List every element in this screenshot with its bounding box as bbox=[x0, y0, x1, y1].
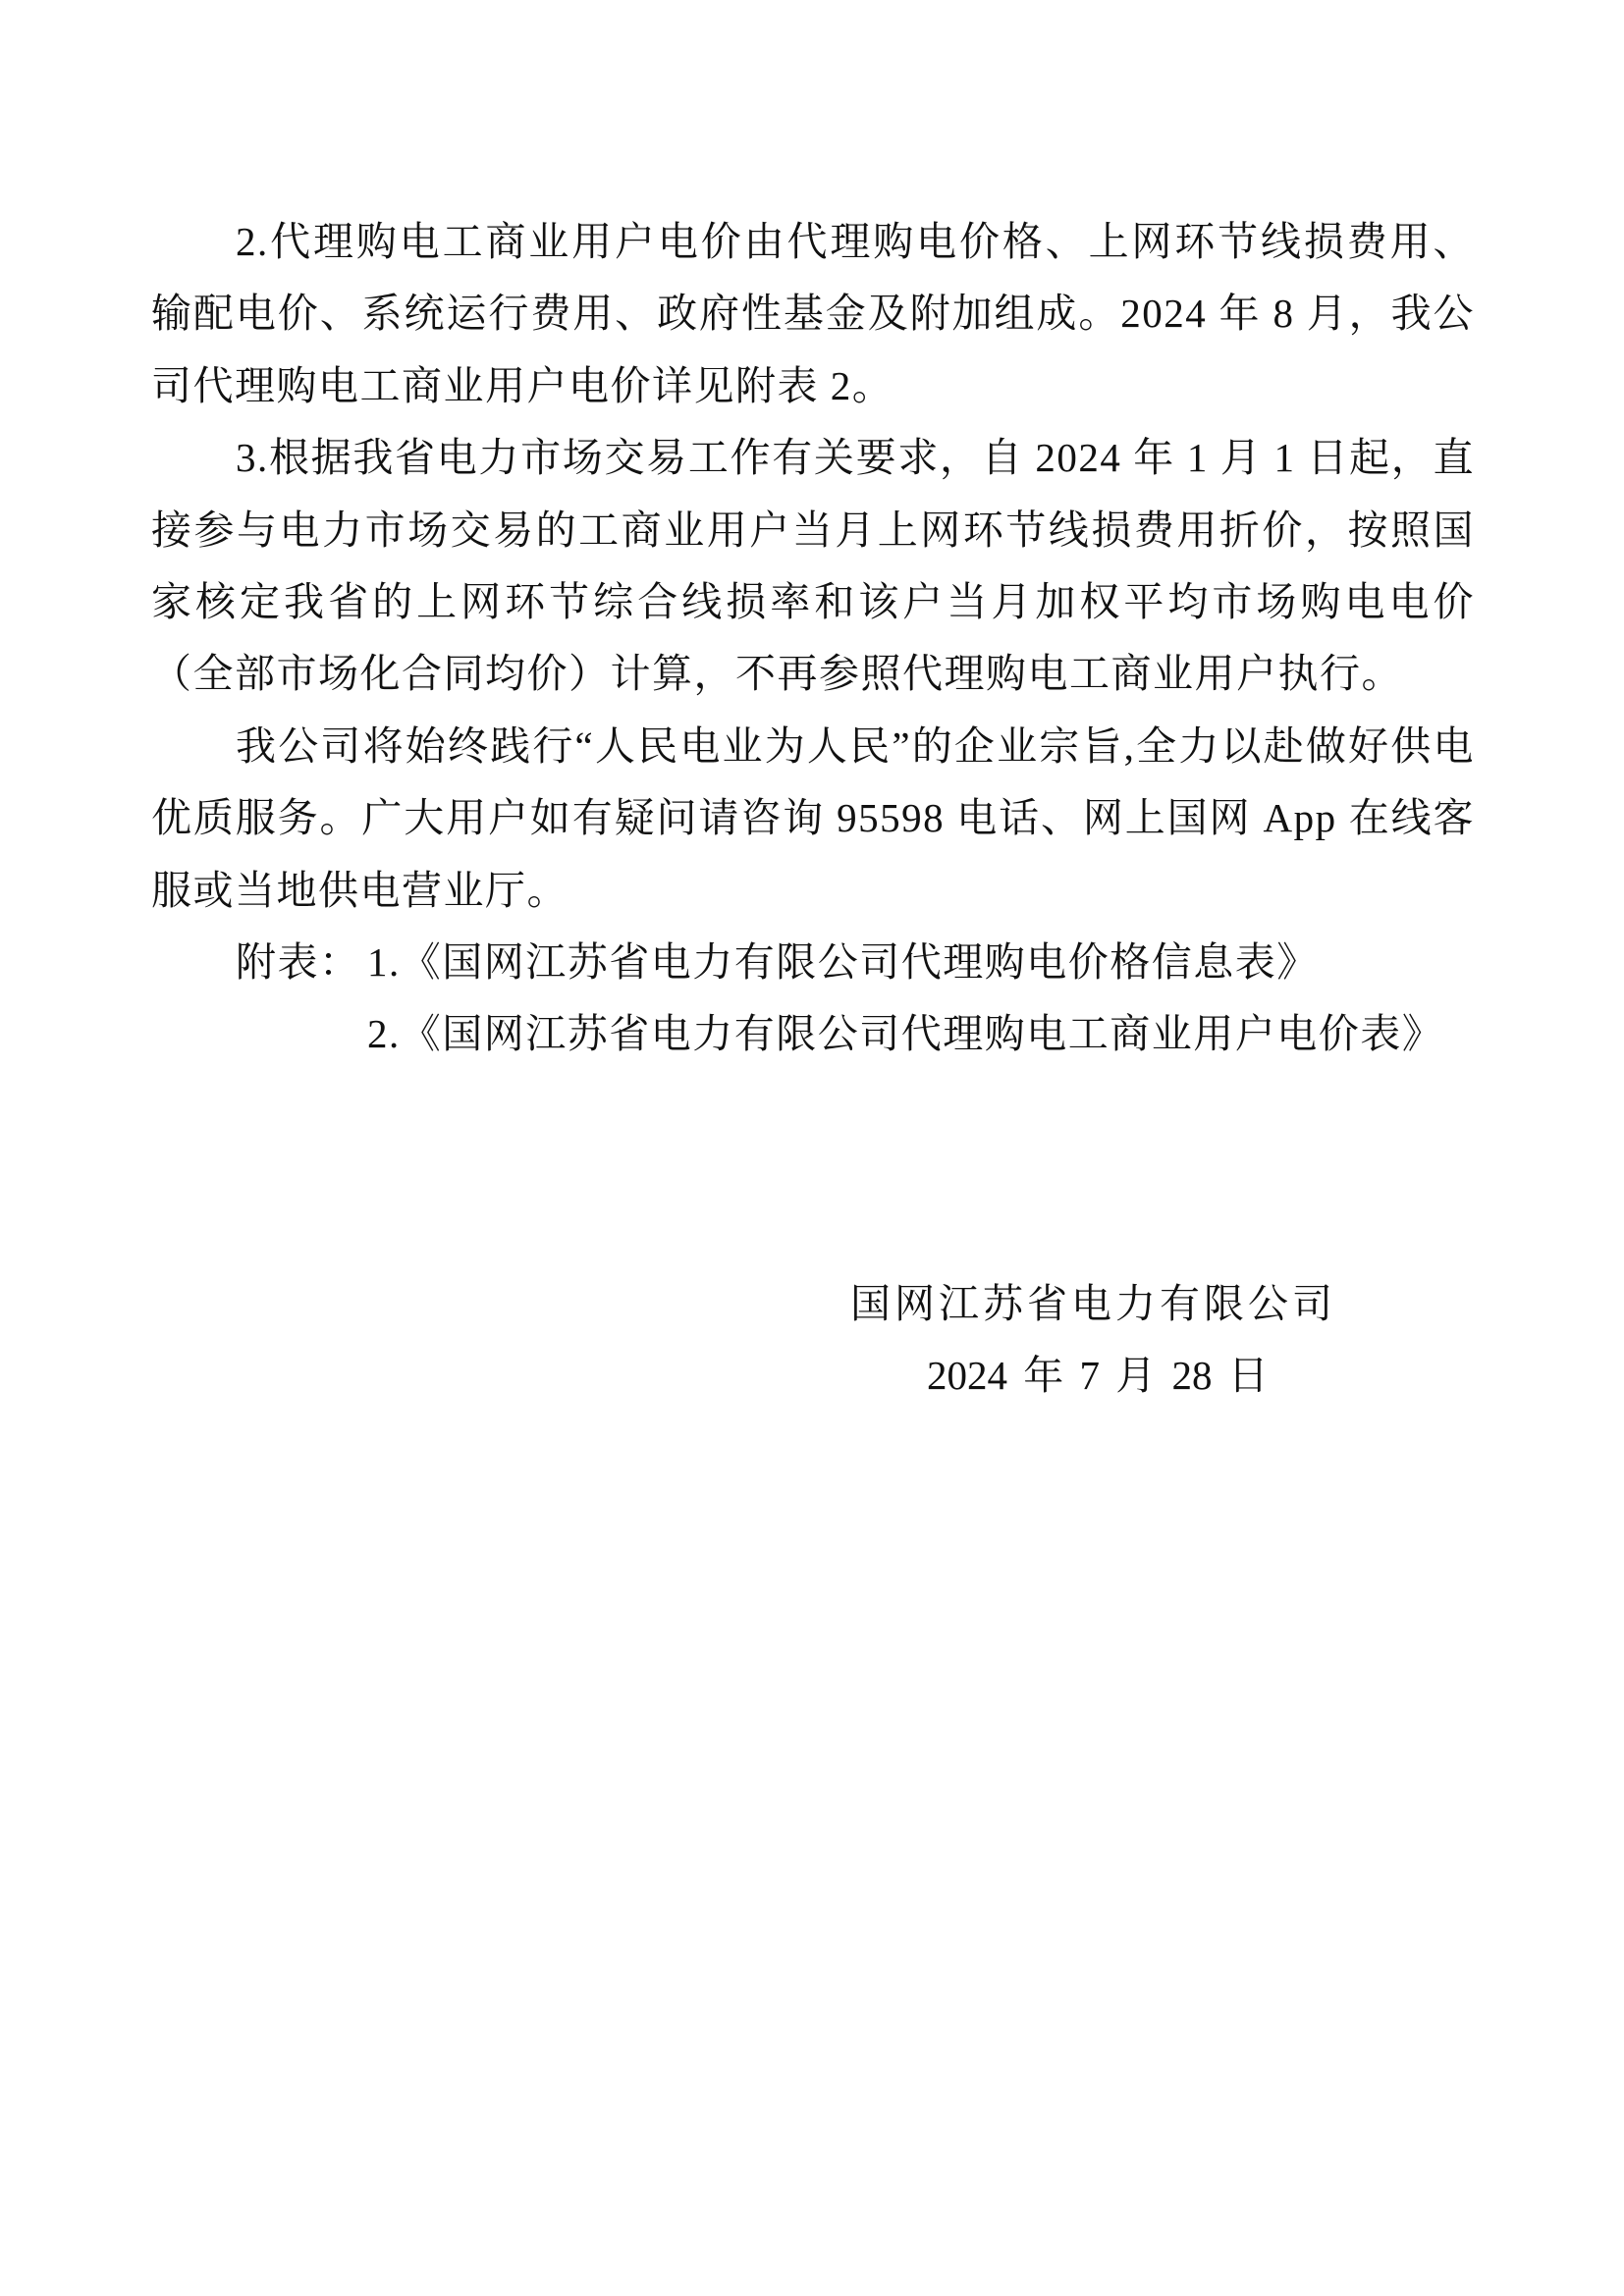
annex-item-1: 1.《国网江苏省电力有限公司代理购电价格信息表》 bbox=[367, 939, 1319, 985]
annex-item-2: 2.《国网江苏省电力有限公司代理购电工商业用户电价表》 bbox=[367, 1011, 1443, 1056]
signature-date: 2024 年 7 月 28 日 bbox=[927, 1340, 1269, 1412]
paragraph-service-contact: 我公司将始终践行“人民电业为人民”的企业宗旨,全力以赴做好供电优质服务。广大用户… bbox=[151, 711, 1475, 927]
annex-list: 附表：1.《国网江苏省电力有限公司代理购电价格信息表》 2.《国网江苏省电力有限… bbox=[151, 927, 1475, 1071]
signature-organization: 国网江苏省电力有限公司 bbox=[850, 1268, 1336, 1340]
paragraph-market-line-loss-rule: 3.根据我省电力市场交易工作有关要求，自 2024 年 1 月 1 日起，直接参… bbox=[151, 422, 1475, 711]
paragraph-agency-price-composition: 2.代理购电工商业用户电价由代理购电价格、上网环节线损费用、输配电价、系统运行费… bbox=[151, 206, 1475, 422]
annex-item: 附表：1.《国网江苏省电力有限公司代理购电价格信息表》 bbox=[236, 927, 1475, 998]
document-body: 2.代理购电工商业用户电价由代理购电价格、上网环节线损费用、输配电价、系统运行费… bbox=[151, 206, 1475, 1071]
document-page: 2.代理购电工商业用户电价由代理购电价格、上网环节线损费用、输配电价、系统运行费… bbox=[0, 0, 1624, 2296]
annex-item: 2.《国网江苏省电力有限公司代理购电工商业用户电价表》 bbox=[236, 998, 1475, 1070]
annex-label: 附表： bbox=[236, 927, 367, 998]
